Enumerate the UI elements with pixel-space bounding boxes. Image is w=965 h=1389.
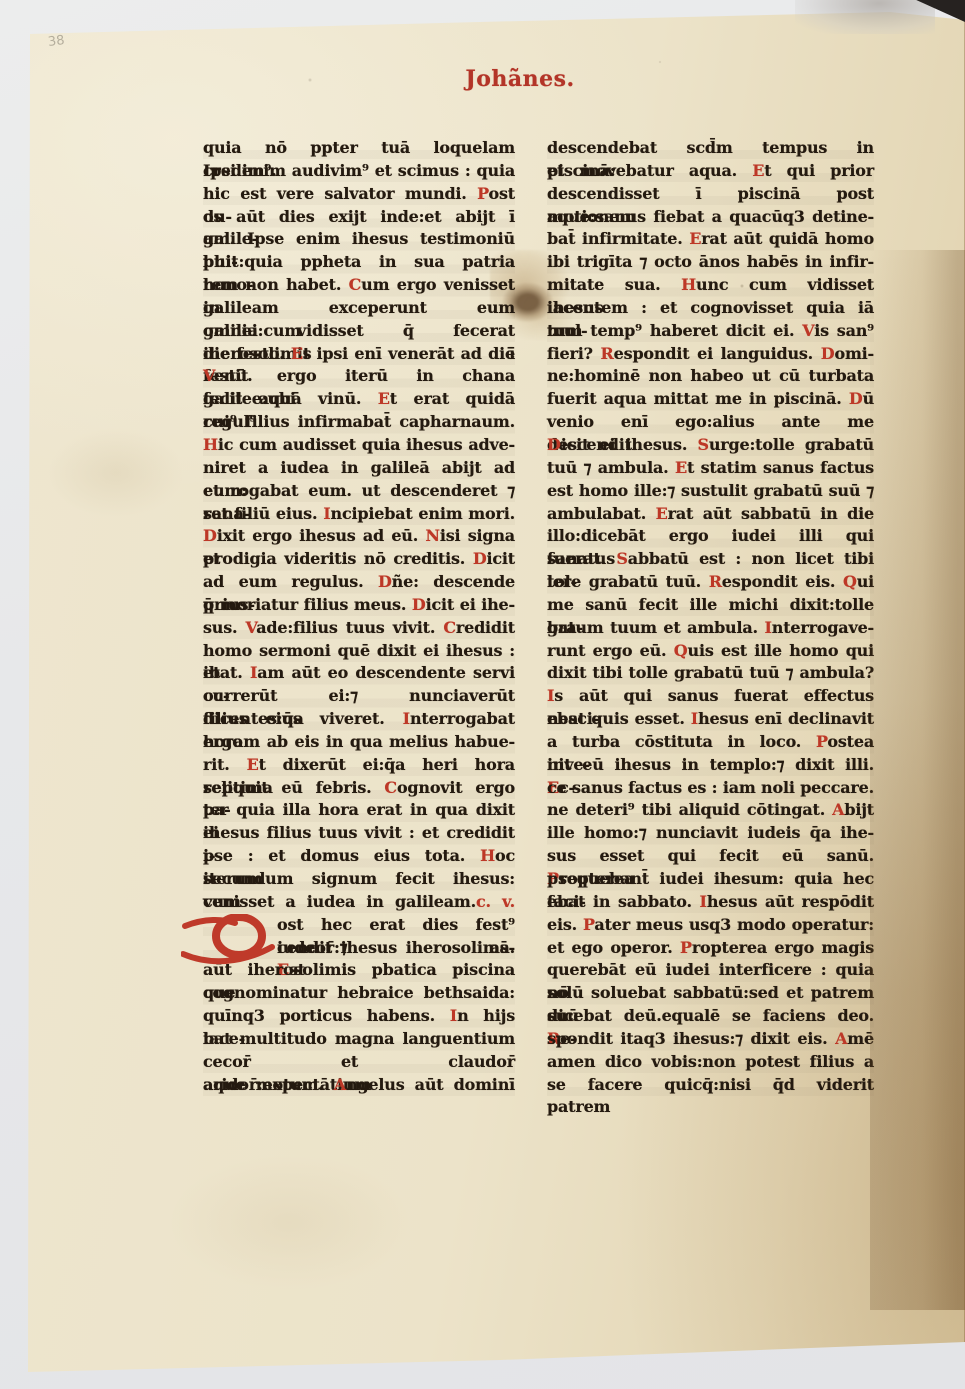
text-line: ibi trigīta ⁊ octo ānos habēs in infir- [547, 251, 874, 274]
text-line: tum temp⁹ haberet dicit ei. Vis san⁹ [547, 320, 874, 343]
rubricated-text: D [849, 389, 863, 408]
rubricated-text: V [203, 366, 214, 385]
text-line: ille homo:⁊ nunciavit iudeis q̄a ihe- [547, 822, 874, 845]
text-line: ad eum regulus. Dñe: descende prius- [203, 571, 515, 594]
text-line: ter quia illa hora erat in qua dixit ei [203, 799, 515, 822]
text-line: illo:dicebāt ergo iudei illi qui sanatus [547, 525, 874, 548]
rubricated-text: D [473, 549, 487, 568]
text-line: cecor̄ et claudor̄ aridor̄:expectātium [203, 1051, 515, 1074]
text-line: hic est vere salvator mundi. Post du- [203, 183, 515, 206]
text-line: pse : et domus eius tota. Hoc iterum [203, 845, 515, 868]
text-line: est homo ille:⁊ sustulit grabatū suū ⁊ [547, 480, 874, 503]
rubricated-text: P [477, 184, 488, 203]
text-line: ce sanus factus es : iam noli peccare. [547, 777, 874, 800]
text-line: iacentem : et cognovisset quia iā mul- [547, 297, 874, 320]
text-line: Venit ergo iterū in chana galilee:ubi [203, 365, 515, 388]
text-line: se facere quicq̄:nisi q̄d viderit patrem [547, 1074, 874, 1097]
rubricated-text: A [334, 1075, 346, 1094]
text-line: bat multitudo magna languentium [203, 1028, 515, 1051]
text-line: mitate sua. Hunc cum vidisset ihesus [547, 274, 874, 297]
text-line: ihesus filius tuus vivit : et credidit i… [203, 822, 515, 845]
text-column-right: descendebat scd̄m tempus in piscinā:et m… [547, 137, 874, 1096]
text-line: secundum signum fecit ihesus: cum [203, 868, 515, 891]
text-line: descendisset ī piscinā post motionem [547, 183, 874, 206]
text-line: ret filiū eius. Incipiebat enim mori. [203, 503, 515, 526]
text-line: filius eius viveret. Interrogabat ergo [203, 708, 515, 731]
text-line: sus esset qui fecit eū sanū. Propterea [547, 845, 874, 868]
text-line: q̄ moriatur filius meus. Dicit ei ihe- [203, 594, 515, 617]
text-line: omnia vidisset q̄ fecerat iherosolimis ī [203, 320, 515, 343]
rubricated-text: E [291, 344, 303, 363]
rubricated-text: I [323, 504, 330, 523]
rubricated-text: H [203, 435, 218, 454]
text-line: venisset a iudea in galileam.c. v. [203, 891, 515, 914]
rubricated-text: A [835, 1029, 847, 1048]
text-line: cognominatur hebraice bethsaida: [203, 982, 515, 1005]
text-line: ne deteri⁹ tibi aliquid cōtingat. Abijt [547, 799, 874, 822]
text-line: spondit itaq3 ihesus:⁊ dixit eis. Amē [547, 1028, 874, 1051]
pencil-folio-number: 38 [47, 33, 65, 50]
text-line: cui⁹ filius infirmabat̄ capharnaum. [203, 411, 515, 434]
backing-cloth [795, 0, 935, 34]
rubricated-text: D [378, 572, 392, 591]
text-line: a turba cōstituta in loco. Postea inve- [547, 731, 874, 754]
chapter-initial-icon [181, 914, 275, 966]
text-line: runt ergo eū. Quis est ille homo qui [547, 640, 874, 663]
text-line: aque:sanus fiebat a quacūq3 detine- [547, 206, 874, 229]
text-line: solū soluebat sabbatū:sed et patrem suū [547, 982, 874, 1005]
text-line: ibat. Iam aūt eo descendente servi oc- [203, 662, 515, 685]
text-line: psequebant̄ iudei ihesum: quia hec faci- [547, 868, 874, 891]
text-line: venio enī ego:alius ante me descendit. [547, 411, 874, 434]
rubricated-text: E [752, 161, 764, 180]
text-line: querebāt eū iudei interficere : quia nō [547, 959, 874, 982]
text-line: fuerit aqua mittat me in piscinā. Dū [547, 388, 874, 411]
text-line: Dixit ergo ihesus ad eū. Nisi signa et [203, 525, 515, 548]
text-line: eis. Pater meus usq3 modo operatur: [547, 914, 874, 937]
text-line: reliquit eū febris. Cognovit ergo pa- [203, 777, 515, 800]
text-line: rem non habet. Cum ergo venisset in [203, 274, 515, 297]
text-line: Is aūt qui sanus fuerat effectus nesci- [547, 685, 874, 708]
rubricated-text: Q [843, 572, 857, 591]
text-line: am. Ipse enim ihesus testimoniū phi- [203, 228, 515, 251]
rubricated-text: Q [674, 641, 688, 660]
text-line: rit. Et dixerūt ei:q̄a heri hora septima [203, 754, 515, 777]
rubricated-text: N [425, 526, 439, 545]
text-line: ambulabat. Erat aūt sabbatū in die [547, 503, 874, 526]
rubricated-text: C [443, 618, 456, 637]
text-line: quia nō ppter tuā loquelam credim⁹. [203, 137, 515, 160]
rubricated-text: A [832, 800, 844, 819]
rubricated-text: H [681, 275, 696, 294]
rubricated-text: C [384, 778, 397, 797]
rubricated-text: I [250, 663, 257, 682]
text-line: niret a iudea in galileā abijt ad eum: [203, 457, 515, 480]
text-line: fieri? Respondit ei languidus. Domi- [547, 343, 874, 366]
text-line: os aūt dies exijt inde:et abijt ī galile… [203, 206, 515, 229]
rubricated-text: I [547, 686, 554, 705]
rubricated-text: c. v. [476, 892, 515, 911]
rubricated-text: P [583, 915, 594, 934]
text-line: Dicit ei ihesus. Surge:tolle grabatū [547, 434, 874, 457]
text-line: fuerat. Sabbatū est : non licet tibi tol… [547, 548, 874, 571]
text-line: die festo. Et ipsi enī venerāt ad diē fe… [203, 343, 515, 366]
text-line: buit:quia ppheta in sua patria hono- [203, 251, 515, 274]
rubricated-text: E [656, 504, 668, 523]
text-line: fecit aquā vinū. Et erat quidā regul⁹ [203, 388, 515, 411]
text-line: dixit tibi tolle grabatū tuū ⁊ ambula? [547, 662, 874, 685]
rubricated-text: E [675, 458, 687, 477]
text-line: dicebat deū.equalē se faciens deo. Re- [547, 1005, 874, 1028]
rubricated-text: V [802, 321, 814, 340]
page-right-edge-shading [870, 250, 965, 1310]
rubricated-text: D [412, 595, 426, 614]
rubricated-text: P [816, 732, 827, 751]
rubricated-text: E [378, 389, 390, 408]
text-line: me sanū fecit ille michi dixit:tolle gra… [547, 594, 874, 617]
running-title: Johãnes. [420, 66, 620, 92]
text-line: prodigia videritis nō creditis. Dicit [203, 548, 515, 571]
rubricated-text: I [403, 709, 410, 728]
text-line: nit eū ihesus in templo:⁊ dixit illi. Ec… [547, 754, 874, 777]
text-line: lere grabatū tuū. Respondit eis. Qui [547, 571, 874, 594]
text-line: Hic cum audisset quia ihesus adve- [203, 434, 515, 457]
rubricated-text: S [697, 435, 708, 454]
text-line: descendebat scd̄m tempus in piscinā: [547, 137, 874, 160]
rubricated-text: D [547, 435, 561, 454]
rubricated-text: E [689, 229, 701, 248]
text-line: sus. Vade:filius tuus vivit. Credidit [203, 617, 515, 640]
rubricated-text: I [691, 709, 698, 728]
rubricated-text: H [480, 846, 495, 865]
text-line: ebat in sabbato. Ihesus aūt respōdit [547, 891, 874, 914]
text-line: ne:hominē non habeo ut cū turbata [547, 365, 874, 388]
text-line: et ego operor. Propterea ergo magis [547, 937, 874, 960]
text-line: ebat quis esset. Ihesus enī declinavit [547, 708, 874, 731]
text-line: quīnq3 porticus habens. In hijs iace- [203, 1005, 515, 1028]
text-line: tuū ⁊ ambula. Et statim sanus factus [547, 457, 874, 480]
text-line: horam ab eis in qua melius habue- [203, 731, 515, 754]
rubricated-text: I [700, 892, 707, 911]
rubricated-text: P [680, 938, 692, 957]
text-line: batum tuum et ambula. Interrogave- [547, 617, 874, 640]
rubricated-text: R [601, 344, 614, 363]
text-line: Ipsi enim audivim⁹ et scimus : quia [203, 160, 515, 183]
text-line: galileam exceperunt eum galilei:cum [203, 297, 515, 320]
text-line: homo sermoni quē dixit ei ihesus : et [203, 640, 515, 663]
manuscript-page: 38 Johãnes. quia nō ppter tuā loquelam c… [0, 0, 965, 1389]
rubricated-text: D [821, 344, 835, 363]
text-line: aque motum. Angelus aūt dominī [203, 1074, 515, 1097]
rubricated-text: R [709, 572, 722, 591]
text-column-left: quia nō ppter tuā loquelam credim⁹.Ipsi … [203, 137, 515, 1096]
text-line: et rogabat eum. ut descenderet ⁊ sana- [203, 480, 515, 503]
photo-backdrop: 38 Johãnes. quia nō ppter tuā loquelam c… [0, 0, 965, 1389]
text-line: bat̄ infirmitate. Erat aūt quidā homo [547, 228, 874, 251]
text-line: amen dico vobis:non potest filius a [547, 1051, 874, 1074]
rubricated-text: V [246, 618, 257, 637]
rubricated-text: I [450, 1006, 457, 1025]
rubricated-text: D [203, 526, 217, 545]
rubricated-text: I [764, 618, 771, 637]
rubricated-text: S [616, 549, 627, 568]
rubricated-text: C [349, 275, 362, 294]
text-line: et movebatur aqua. Et qui prior [547, 160, 874, 183]
rubricated-text: E [247, 755, 259, 774]
text-line: currerūt ei:⁊ nunciaverūt dicentes:q̄a [203, 685, 515, 708]
